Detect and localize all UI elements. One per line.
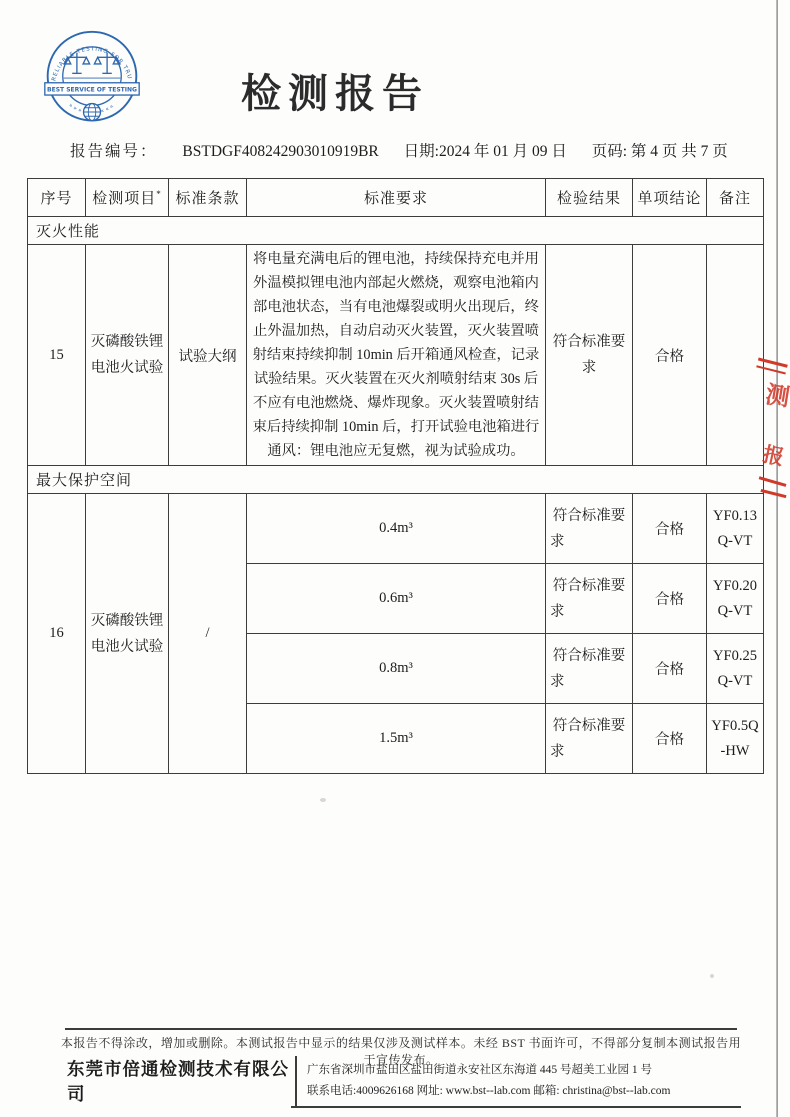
table-row-16-sub-1: 16 灭磷酸铁锂电池火试验 / 0.4m³ 符合标准要求 合格 YF0.13Q-… xyxy=(28,494,764,564)
row16-sub3-requirement: 0.8m³ xyxy=(247,634,546,704)
row16-sub1-conclusion: 合格 xyxy=(633,494,707,564)
col-header-clause: 标准条款 xyxy=(169,179,247,217)
row16-sub3-result: 符合标准要求 xyxy=(546,634,633,704)
row15-requirement: 将电量充满电后的锂电池，持续保持充电并用外温模拟锂电池内部起火燃烧，观察电池箱内… xyxy=(247,245,546,466)
row15-no: 15 xyxy=(28,245,86,466)
col-header-conclusion: 单项结论 xyxy=(633,179,707,217)
section-title: 最大保护空间 xyxy=(28,466,764,494)
item-superscript: * xyxy=(156,189,162,199)
row16-sub1-requirement: 0.4m³ xyxy=(247,494,546,564)
company-contact: 联系电话:4009626168 网址: www.bst--lab.com 邮箱:… xyxy=(307,1081,741,1102)
row16-sub2-result: 符合标准要求 xyxy=(546,564,633,634)
section-row-fire-performance: 灭火性能 xyxy=(28,217,764,245)
row15-conclusion: 合格 xyxy=(633,245,707,466)
row16-sub4-conclusion: 合格 xyxy=(633,704,707,774)
row16-sub4-requirement: 1.5m³ xyxy=(247,704,546,774)
report-date: 日期:2024 年 01 月 09 日 xyxy=(404,143,567,160)
footer-top-rule xyxy=(65,1028,737,1030)
col-header-requirement: 标准要求 xyxy=(247,179,546,217)
footer-company-block: 东莞市倍通检测技术有限公司 广东省深圳市盐田区盐田街道永安社区东海道 445 号… xyxy=(65,1056,741,1106)
row15-clause: 试验大纲 xyxy=(169,245,247,466)
row16-sub3-conclusion: 合格 xyxy=(633,634,707,704)
company-address: 广东省深圳市盐田区盐田街道永安社区东海道 445 号超美工业园 1 号 xyxy=(307,1060,741,1081)
footer-bottom-rule xyxy=(291,1106,741,1108)
row16-sub3-remark: YF0.25Q-VT xyxy=(707,634,764,704)
company-seal-logo: A RELIABLE TESTING FOR TRUST BEST SERVIC… xyxy=(42,26,142,132)
row15-result: 符合标准要求 xyxy=(546,245,633,466)
stamp-fragment-char-bao: 报 xyxy=(760,438,787,472)
row16-item: 灭磷酸铁锂电池火试验 xyxy=(86,494,169,774)
page-title: 检测报告 xyxy=(150,62,520,119)
row16-sub2-conclusion: 合格 xyxy=(633,564,707,634)
report-page-info: 页码: 第 4 页 共 7 页 xyxy=(592,143,728,160)
test-results-table: 序号 检测项目* 标准条款 标准要求 检验结果 单项结论 备注 灭火性能 15 … xyxy=(27,178,764,774)
row16-clause: / xyxy=(169,494,247,774)
page-edge-line xyxy=(776,0,778,1117)
stamp-fragment-char-ce: 测 xyxy=(763,374,790,412)
row15-remark xyxy=(707,245,764,466)
report-no-label: 报告编号： xyxy=(70,143,158,160)
col-header-item: 检测项目* xyxy=(86,179,169,217)
row15-item: 灭磷酸铁锂电池火试验 xyxy=(86,245,169,466)
row16-sub4-result: 符合标准要求 xyxy=(546,704,633,774)
report-page: A RELIABLE TESTING FOR TRUST BEST SERVIC… xyxy=(0,0,790,1117)
section-row-max-protection-space: 最大保护空间 xyxy=(28,466,764,494)
company-contact-block: 广东省深圳市盐田区盐田街道永安社区东海道 445 号超美工业园 1 号 联系电话… xyxy=(297,1060,741,1103)
scan-speck xyxy=(320,798,326,802)
row16-sub2-remark: YF0.20Q-VT xyxy=(707,564,764,634)
col-header-result: 检验结果 xyxy=(546,179,633,217)
table-header-row: 序号 检测项目* 标准条款 标准要求 检验结果 单项结论 备注 xyxy=(28,179,764,217)
report-no-value: BSTDGF408242903010919BR xyxy=(182,143,378,160)
seal-icon: A RELIABLE TESTING FOR TRUST BEST SERVIC… xyxy=(42,26,142,132)
scan-speck xyxy=(710,974,714,978)
col-header-no: 序号 xyxy=(28,179,86,217)
row16-no: 16 xyxy=(28,494,86,774)
col-header-remark: 备注 xyxy=(707,179,764,217)
row16-sub2-requirement: 0.6m³ xyxy=(247,564,546,634)
company-name: 东莞市倍通检测技术有限公司 xyxy=(65,1056,295,1106)
report-meta-line: 报告编号： BSTDGF408242903010919BR 日期:2024 年 … xyxy=(70,139,770,161)
table-row-15: 15 灭磷酸铁锂电池火试验 试验大纲 将电量充满电后的锂电池，持续保持充电并用外… xyxy=(28,245,764,466)
row16-sub4-remark: YF0.5Q-HW xyxy=(707,704,764,774)
seal-banner-text: BEST SERVICE OF TESTING xyxy=(47,87,137,94)
section-title: 灭火性能 xyxy=(28,217,764,245)
row16-sub1-result: 符合标准要求 xyxy=(546,494,633,564)
row16-sub1-remark: YF0.13Q-VT xyxy=(707,494,764,564)
